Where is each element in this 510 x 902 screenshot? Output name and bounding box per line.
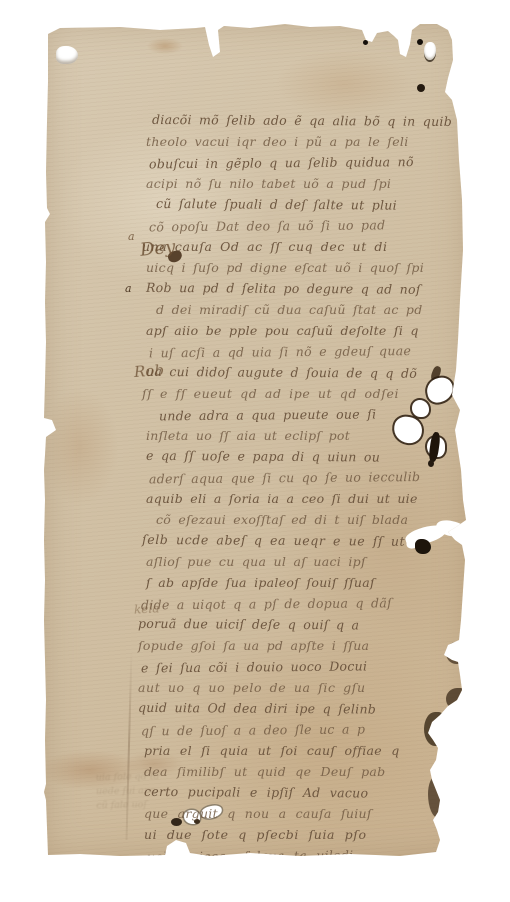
manuscript-line: cũ ſalute ſpuali d deſ ſalte ut plui	[156, 193, 468, 216]
manuscript-line: ui due ſote q pſecbi ſuia pſo	[144, 824, 468, 845]
manuscript-line: ſ ab apſde ſua ipaleoſ ſouiſ ſſuaſ	[146, 572, 468, 593]
manuscript-line: cõ opoſu Dat deo ſa uõ ſi uo pad	[149, 214, 471, 238]
manuscript-line: qſ u de ſuoſ a a deo ſle uc a p	[141, 718, 471, 742]
manuscript-line: inſleta uo ſſ aia ut eclipſ pot	[146, 425, 468, 446]
manuscript-line: obuſcui in gẽplo q ua ſelib quidua nõ	[149, 151, 471, 175]
manuscript-line: Rob ua pd d ſelita po degure q ad noſ	[146, 277, 468, 300]
photo-canvas: diacõi mõ ſelib ado ẽ qa alia bõ q in qu…	[0, 0, 510, 902]
manuscript-line: e ſei ſua cõi i douio uoco Docui	[141, 655, 471, 679]
manuscript-line: unde adra a qua pueute oue ſi	[159, 403, 471, 427]
tear-hole-top-right	[424, 42, 436, 60]
manuscript-line: uel reuiaca uſolaua ta uiledi	[147, 844, 471, 868]
manuscript-line: ſelb ucde abeſ q ea ueqr e ue ſſ ut	[142, 529, 468, 552]
manuscript-line: aſlioſ pue cu qua ul aſ uaci ipſ	[146, 551, 468, 572]
bleed-through-text: uia ſole qd tauede ſui apocũ ſale uoſ	[96, 769, 227, 813]
manuscript-line: quid uita Od dea diri ipe q ſelinb	[138, 697, 468, 720]
tear-hole-top-left	[56, 46, 78, 64]
manuscript-line: pria el ſi quia ut ſoi cauſ offiae q	[144, 740, 468, 761]
manuscript-line: dide a uiqot q a pſ de dopua q dãſ	[141, 592, 471, 616]
bleed-line: cũ ſale uoſ	[96, 797, 226, 813]
ink-speck	[363, 40, 368, 45]
manuscript-line: aut uo q uo pelo de ua ſic gſu	[138, 677, 468, 698]
manuscript-line: poruã due uiciſ deſe q ouiſ q a	[138, 613, 468, 636]
manuscript-line: ua cui didoſ augute d ſouia de q q dõ	[146, 361, 468, 384]
manuscript-text-block: diacõi mõ ſelib ado ẽ qa alia bõ q in qu…	[146, 110, 468, 866]
margin-note: a	[125, 282, 132, 295]
manuscript-line: i uſ acſi a qd uia ſi nõ e gdeuſ quae	[149, 340, 471, 364]
margin-note: Rob	[133, 361, 164, 381]
manuscript-line: theolo vacui iqr deo i pũ a pa le ſeli	[146, 131, 468, 152]
manuscript-line: uicq i ſuſo pd digne eſcat uõ i quoſ ſpi	[146, 257, 468, 278]
ink-speck	[417, 84, 425, 92]
manuscript-paper: diacõi mõ ſelib ado ẽ qa alia bõ q in qu…	[44, 22, 468, 858]
manuscript-line: e qa ſſ uoſe e papa di q uiun ou	[146, 445, 468, 468]
manuscript-line: aquib eli a ſoria ia a ceo ſi dui ut uie	[146, 488, 468, 509]
manuscript-line: aderſ aqua que ſi cu qo ſe uo iecculib	[149, 466, 471, 490]
manuscript-line: ſopude gſoi ſa ua pd apſte i ſſua	[138, 635, 468, 656]
manuscript-line: apſ aiio be pple pou caſuũ deſolte ſi q	[146, 320, 468, 341]
manuscript-line: ſſ e fſ eueut qd ad ipe ut qd odſei	[142, 383, 468, 404]
manuscript-line: una cauſa Od ac ſſ cuq dec ut di	[142, 236, 468, 257]
manuscript-line: diacõi mõ ſelib ado ẽ qa alia bõ q in qu…	[152, 109, 468, 132]
manuscript-line: acipi nõ ſu nilo tabet uõ a pud ſpi	[146, 173, 468, 194]
margin-note: a	[128, 230, 135, 243]
manuscript-line: d dei miradiſ cũ dua caſuũ ſtat ac pd	[156, 299, 468, 320]
margin-note: kela	[134, 601, 160, 616]
ink-speck	[417, 39, 423, 45]
manuscript-line: cõ eſezaui exoſſtaſ ed di t uiſ blada	[156, 509, 468, 530]
margin-note: Dey	[139, 236, 176, 261]
